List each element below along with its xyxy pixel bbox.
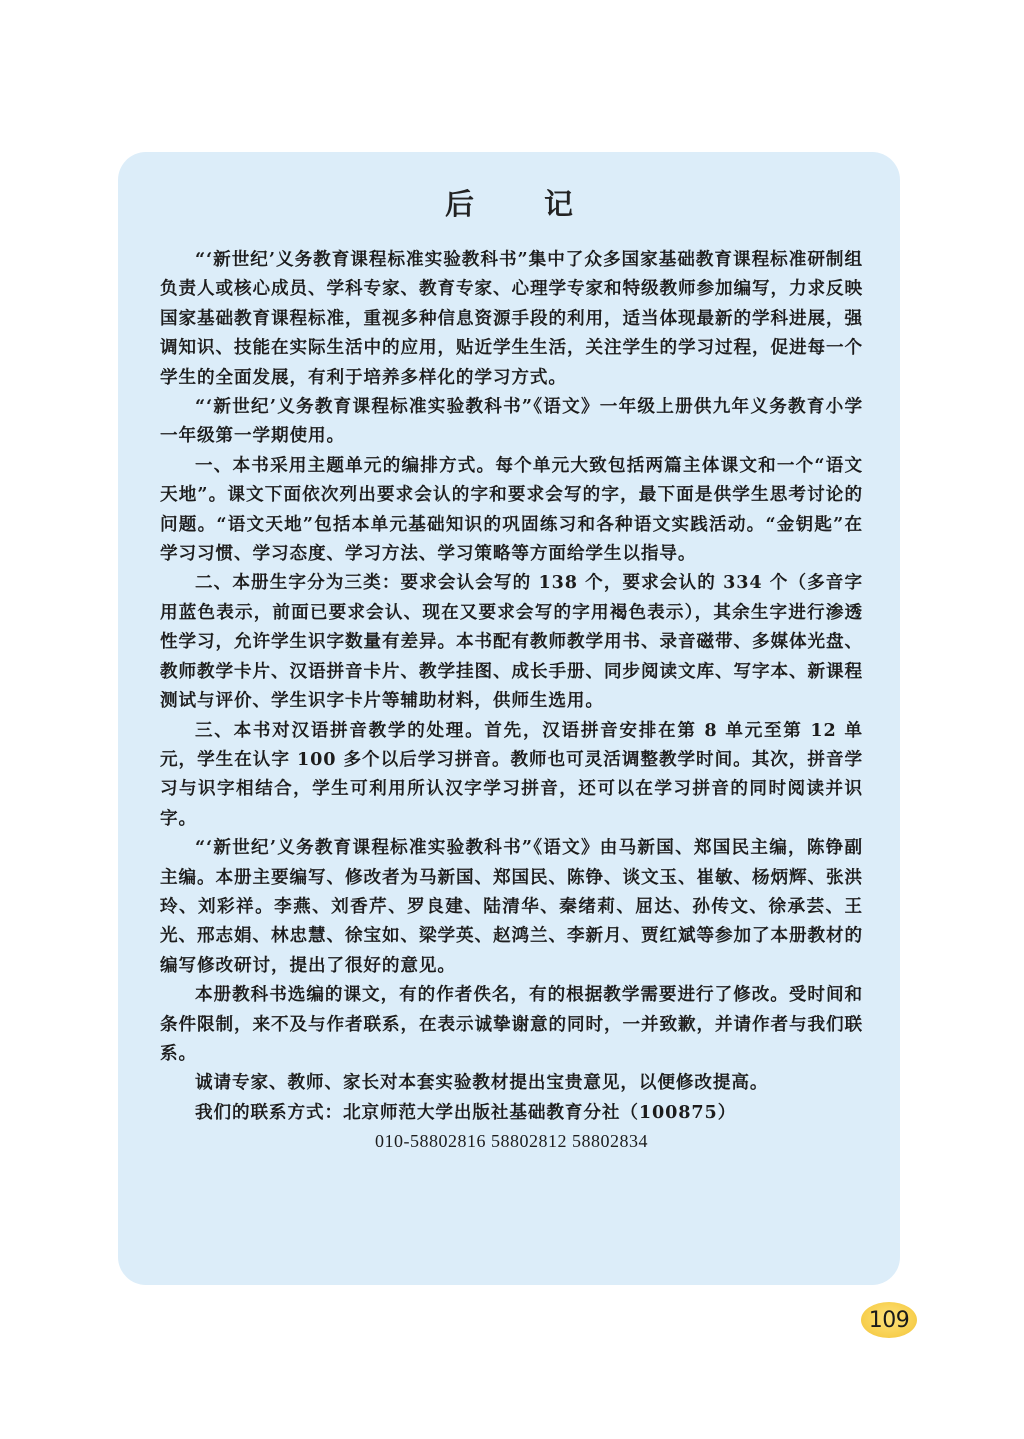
paragraph-unit-structure: 一、本书采用主题单元的编排方式。每个单元大致包括两篇主体课文和一个“语文天地”。… — [160, 451, 863, 569]
afterword-panel: 后 记 “‘新世纪’义务教育课程标准实验教科书”集中了众多国家基础教育课程标准研… — [118, 152, 900, 1285]
page-number-badge: 109 — [861, 1302, 917, 1338]
paragraph-feedback-request: 诚请专家、教师、家长对本套实验教材提出宝贵意见，以便修改提高。 — [160, 1068, 863, 1097]
paragraph-usage: “‘新世纪’义务教育课程标准实验教科书”《语文》一年级上册供九年义务教育小学一年… — [160, 392, 863, 451]
paragraph-series-intro: “‘新世纪’义务教育课程标准实验教科书”集中了众多国家基础教育课程标准研制组负责… — [160, 245, 863, 392]
page-title: 后 记 — [118, 182, 900, 223]
paragraph-editors: “‘新世纪’义务教育课程标准实验教科书”《语文》由马新国、郑国民主编，陈铮副主编… — [160, 833, 863, 980]
paragraph-contact-address: 我们的联系方式：北京师范大学出版社基础教育分社（100875） — [160, 1098, 863, 1127]
contact-phones: 010-58802816 58802812 58802834 — [160, 1127, 863, 1156]
afterword-body: “‘新世纪’义务教育课程标准实验教科书”集中了众多国家基础教育课程标准研制组负责… — [160, 245, 863, 1157]
paragraph-authors-notice: 本册教科书选编的课文，有的作者佚名，有的根据教学需要进行了修改。受时间和条件限制… — [160, 980, 863, 1068]
paragraph-characters: 二、本册生字分为三类：要求会认会写的 138 个，要求会认的 334 个（多音字… — [160, 568, 863, 715]
paragraph-pinyin: 三、本书对汉语拼音教学的处理。首先，汉语拼音安排在第 8 单元至第 12 单元，… — [160, 716, 863, 834]
